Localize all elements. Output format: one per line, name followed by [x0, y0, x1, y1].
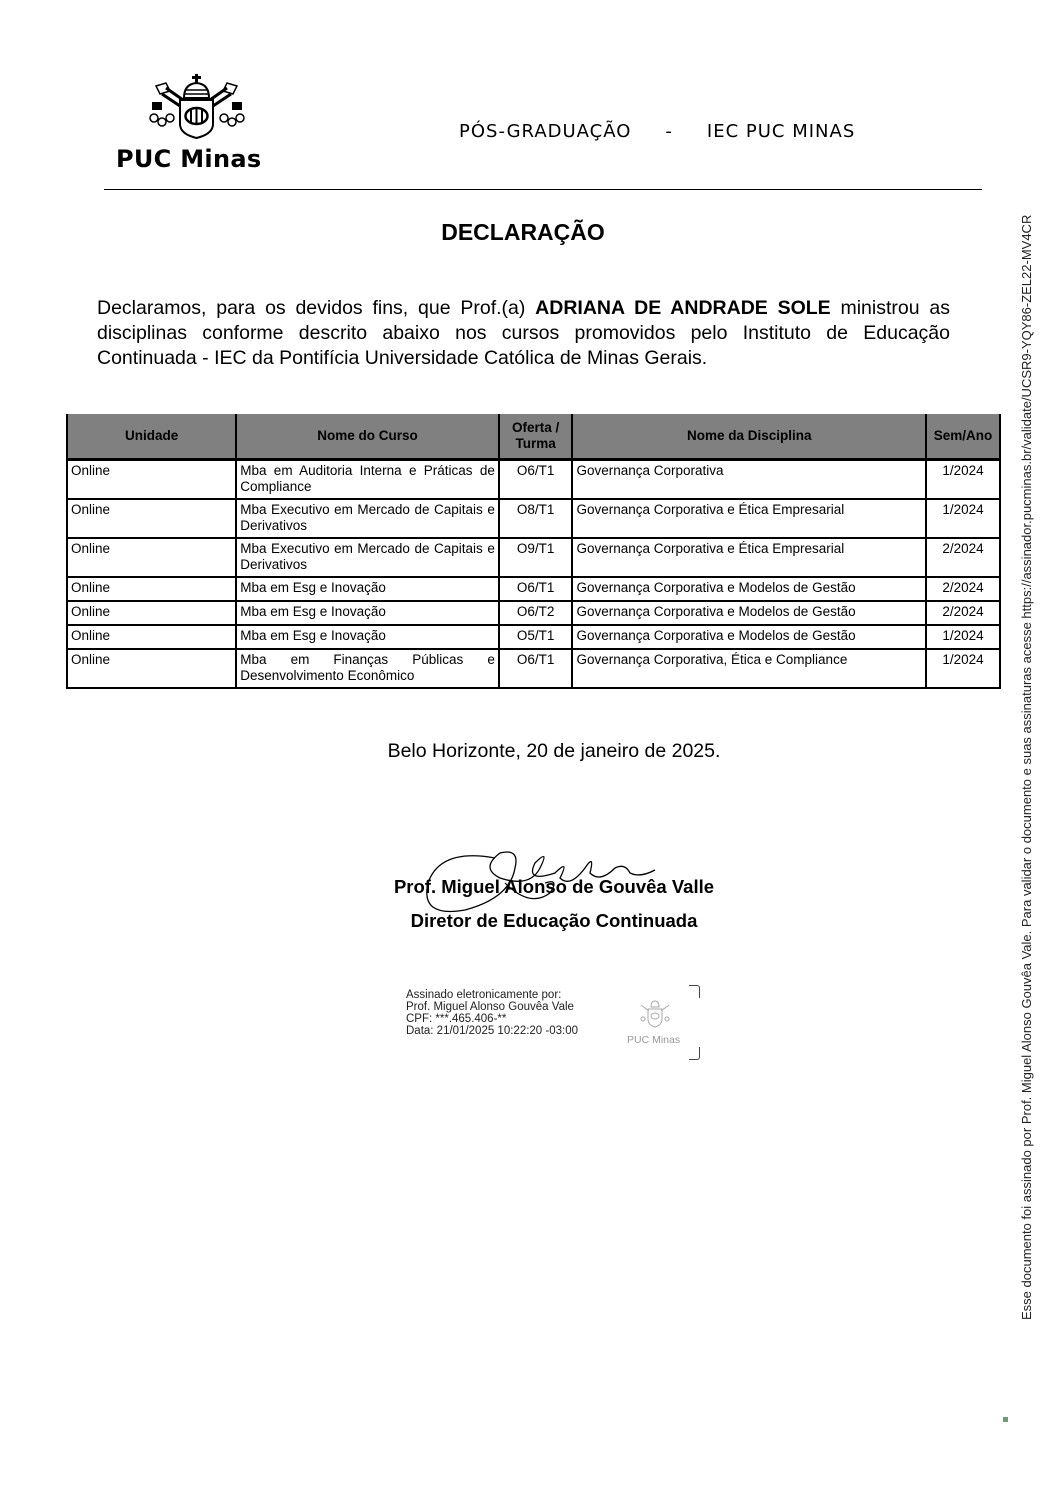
table-row: Online Mba Executivo em Mercado de Capit…	[67, 538, 1000, 577]
signer-name: Prof. Miguel Alonso de Gouvêa Valle	[0, 876, 1058, 898]
cell-discipline: Governança Corporativa e Ética Empresari…	[572, 499, 926, 538]
cell-offer: O5/T1	[499, 625, 573, 649]
stamp-bracket-bottom	[689, 1047, 700, 1060]
puc-minas-logo: PUC Minas	[112, 72, 287, 182]
stamp-line-4: Data: 21/01/2025 10:22:20 -03:00	[406, 1025, 578, 1037]
cell-semester: 1/2024	[926, 649, 1000, 688]
header-title-left: PÓS-GRADUAÇÃO	[459, 121, 631, 142]
cell-semester: 1/2024	[926, 625, 1000, 649]
stamp-logo: PUC Minas	[620, 985, 700, 1060]
cell-offer: O8/T1	[499, 499, 573, 538]
cell-unit: Online	[67, 601, 236, 625]
table-row: Online Mba em Auditoria Interna e Prátic…	[67, 460, 1000, 500]
stamp-bracket-top	[689, 985, 700, 998]
cell-discipline: Governança Corporativa e Modelos de Gest…	[572, 625, 926, 649]
cell-discipline: Governança Corporativa	[572, 460, 926, 500]
table-row: Online Mba em Esg e Inovação O5/T1 Gover…	[67, 625, 1000, 649]
validation-side-note: Esse documento foi assinado por Prof. Mi…	[1019, 215, 1034, 1320]
cell-unit: Online	[67, 460, 236, 500]
stamp-logo-text: PUC Minas	[627, 1034, 680, 1046]
header-title: PÓS-GRADUAÇÃO-IEC PUC MINAS	[459, 121, 855, 142]
table-row: Online Mba Executivo em Mercado de Capit…	[67, 499, 1000, 538]
cell-offer: O6/T2	[499, 601, 573, 625]
declaration-paragraph: Declaramos, para os devidos fins, que Pr…	[97, 296, 950, 371]
cell-discipline: Governança Corporativa, Ética e Complian…	[572, 649, 926, 688]
header-title-separator: -	[665, 121, 673, 142]
cell-unit: Online	[67, 625, 236, 649]
cell-course: Mba Executivo em Mercado de Capitais e D…	[236, 499, 499, 538]
cell-semester: 2/2024	[926, 538, 1000, 577]
cell-offer: O6/T1	[499, 460, 573, 500]
cell-discipline: Governança Corporativa e Modelos de Gest…	[572, 577, 926, 601]
header-divider	[104, 189, 982, 190]
corner-mark-icon	[1003, 1417, 1008, 1422]
cell-course: Mba em Auditoria Interna e Práticas de C…	[236, 460, 499, 500]
cell-semester: 1/2024	[926, 460, 1000, 500]
cell-unit: Online	[67, 499, 236, 538]
cell-unit: Online	[67, 538, 236, 577]
header-offer: Oferta / Turma	[499, 414, 573, 460]
cell-semester: 1/2024	[926, 499, 1000, 538]
signer-role: Diretor de Educação Continuada	[0, 910, 1058, 932]
cell-semester: 2/2024	[926, 577, 1000, 601]
cell-discipline: Governança Corporativa e Modelos de Gest…	[572, 601, 926, 625]
stamp-line-1: Assinado eletronicamente por:	[406, 989, 578, 1001]
electronic-signature-stamp: Assinado eletronicamente por: Prof. Migu…	[406, 989, 578, 1037]
table-row: Online Mba em Esg e Inovação O6/T2 Gover…	[67, 601, 1000, 625]
header-title-right: IEC PUC MINAS	[707, 121, 855, 142]
coat-of-arms-icon	[142, 72, 252, 144]
cell-course: Mba em Esg e Inovação	[236, 601, 499, 625]
header-unit: Unidade	[67, 414, 236, 460]
cell-unit: Online	[67, 649, 236, 688]
stamp-line-3: CPF: ***.465.406-**	[406, 1013, 578, 1025]
header-discipline: Nome da Disciplina	[572, 414, 926, 460]
header-course: Nome do Curso	[236, 414, 499, 460]
cell-course: Mba em Esg e Inovação	[236, 625, 499, 649]
document-title: DECLARAÇÃO	[0, 219, 1046, 246]
cell-discipline: Governança Corporativa e Ética Empresari…	[572, 538, 926, 577]
cell-semester: 2/2024	[926, 601, 1000, 625]
table-row: Online Mba em Esg e Inovação O6/T1 Gover…	[67, 577, 1000, 601]
cell-course: Mba Executivo em Mercado de Capitais e D…	[236, 538, 499, 577]
courses-table: Unidade Nome do Curso Oferta / Turma Nom…	[66, 414, 1001, 689]
professor-name: ADRIANA DE ANDRADE SOLE	[535, 297, 831, 319]
cell-course: Mba em Esg e Inovação	[236, 577, 499, 601]
place-and-date: Belo Horizonte, 20 de janeiro de 2025.	[0, 740, 1058, 763]
table-header-row: Unidade Nome do Curso Oferta / Turma Nom…	[67, 414, 1000, 460]
header-semester: Sem/Ano	[926, 414, 1000, 460]
cell-unit: Online	[67, 577, 236, 601]
logo-text: PUC Minas	[116, 145, 261, 173]
cell-offer: O9/T1	[499, 538, 573, 577]
intro-text-before: Declaramos, para os devidos fins, que Pr…	[97, 297, 535, 319]
stamp-line-2: Prof. Miguel Alonso Gouvêa Vale	[406, 1001, 578, 1013]
table-row: Online Mba em Finanças Públicas e Desenv…	[67, 649, 1000, 688]
cell-course: Mba em Finanças Públicas e Desenvolvimen…	[236, 649, 499, 688]
cell-offer: O6/T1	[499, 649, 573, 688]
cell-offer: O6/T1	[499, 577, 573, 601]
stamp-coat-of-arms-icon	[637, 997, 673, 1033]
